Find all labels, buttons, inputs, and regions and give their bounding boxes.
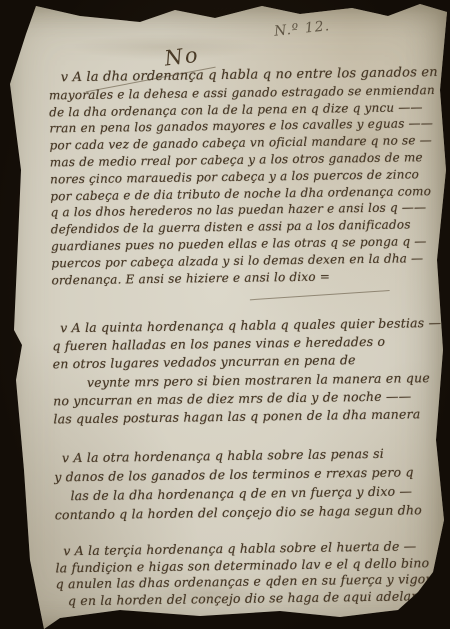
paragraph-1: v A la dha ordenança q habla q no entre … <box>49 65 444 289</box>
paragraph-3: v A la otra hordenança q habla sobre las… <box>54 443 447 524</box>
handwriting-layer: N.º 12. No v A la dha ordenança q habla … <box>0 0 450 629</box>
heading-flourish: No <box>163 43 201 71</box>
paper-sheet: N.º 12. No v A la dha ordenança q habla … <box>0 0 450 629</box>
paragraph-4: v A la terçia hordenança q habla sobre e… <box>55 538 448 609</box>
manuscript-photo: N.º 12. No v A la dha ordenança q habla … <box>0 0 450 629</box>
paragraph-2: v A la quinta hordenança q habla q quale… <box>52 314 445 429</box>
flourish-stroke <box>250 290 390 300</box>
archival-number: N.º 12. <box>273 18 330 40</box>
manuscript-line: contando q la horden del conçejo dio se … <box>55 500 447 524</box>
